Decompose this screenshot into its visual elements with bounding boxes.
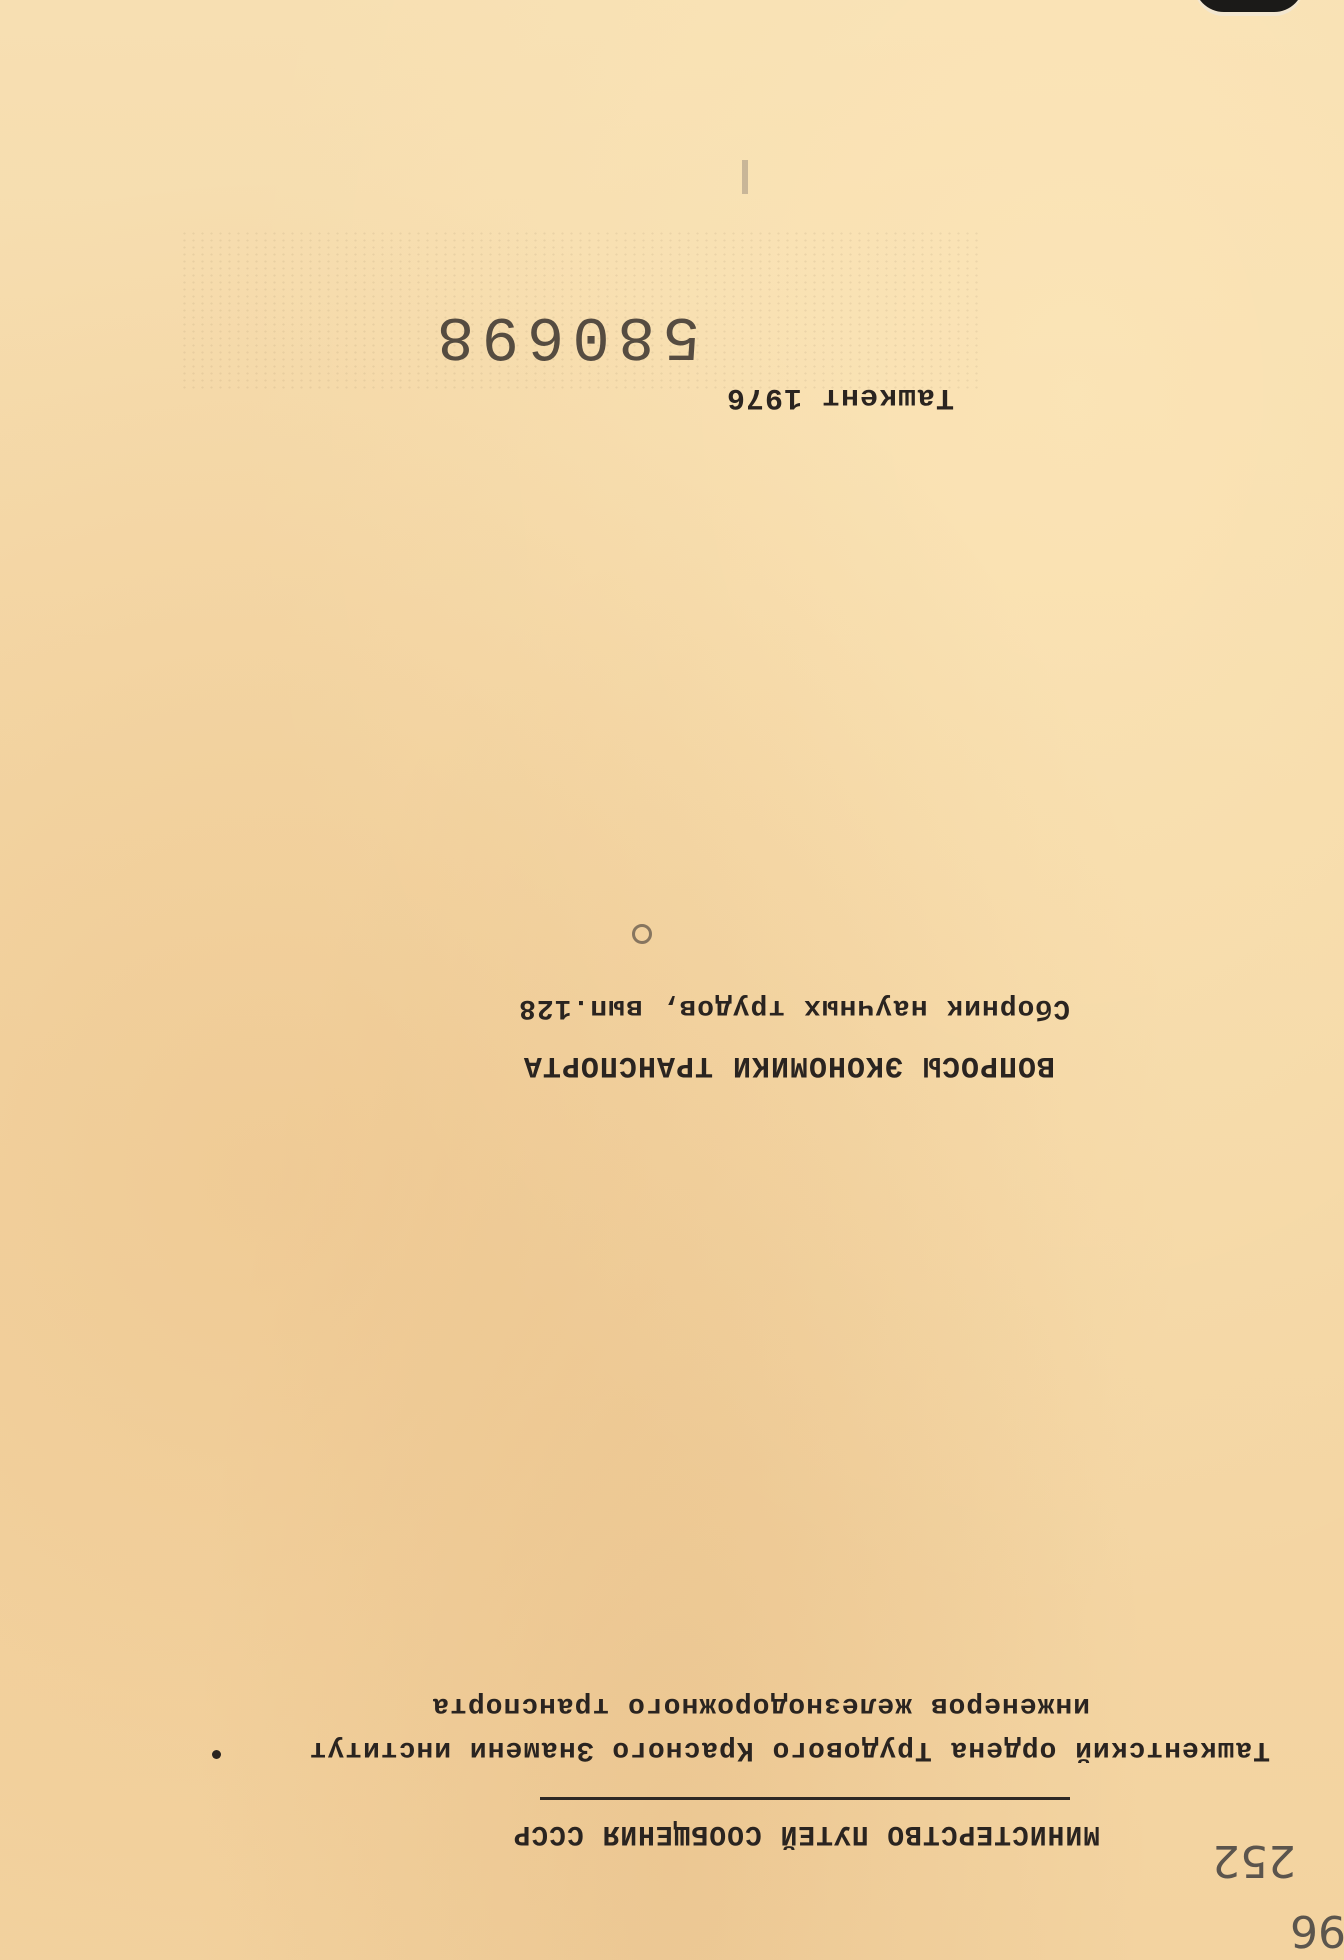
small-circle-mark (632, 924, 652, 944)
inventory-stamp-number: 580698 (440, 300, 700, 371)
subtitle: Сборник научных трудов, вып.128 (530, 992, 1070, 1023)
handwritten-number-252: 252 (1212, 1835, 1296, 1886)
divider-rule (540, 1797, 1070, 1800)
institute-line-2: инженеров железнодорожного транспорта (470, 1690, 1090, 1721)
binding-hole (1194, 0, 1304, 12)
city-year: Ташкент 1976 (720, 380, 960, 414)
ink-dot (212, 1750, 221, 1759)
faint-mark (742, 160, 748, 194)
institute-line-1: Ташкентский ордена Трудового Красного Зн… (330, 1734, 1270, 1765)
document-title: ВОПРОСЫ ЭКОНОМИКИ ТРАНСПОРТА (555, 1048, 1055, 1082)
ministry-header: МИНИСТЕРСТВО ПУТЕЙ СООБЩЕНИЯ СССР (540, 1818, 1100, 1849)
scanned-title-page: 580698 Ташкент 1976 Сборник научных труд… (0, 0, 1344, 1960)
handwritten-number-96: 96 (1290, 1905, 1344, 1956)
